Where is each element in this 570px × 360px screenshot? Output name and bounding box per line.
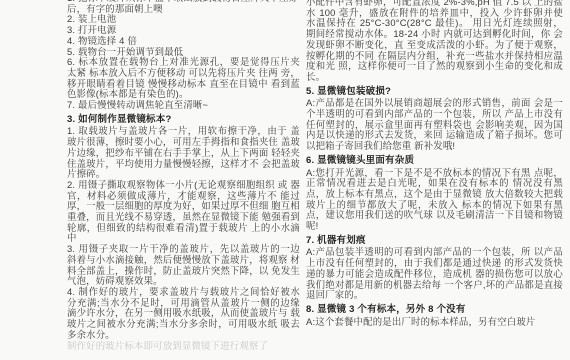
faq-heading-5: 5. 显微镜包装破损?: [306, 87, 563, 98]
specimen-paragraph-4: 4. 制作好的玻片，要求盖玻片与载玻片之间恰好被水 分充满;当水分不足时，可用滴…: [67, 287, 300, 341]
left-column: 1. 把标本玻片从标本盒中取出放到载物台压片夹下压好 后，有字的那面朝上噢 2.…: [67, 0, 300, 351]
specimen-paragraph-1: 1. 取载玻片与盖玻片各一片，用软布擦干净，由于 盖玻片很薄，擦时要小心，可用左…: [67, 126, 300, 180]
step-line-4: 4. 物镜选择 4 倍: [67, 36, 300, 47]
right-column: 小配件中含有虾卵，可配置浓度 2%-3%,pH 值 7.5 以 上的盐 水 10…: [306, 0, 563, 327]
clipped-bottom-line: 制作好的玻片标本即可放到显微镜下进行观察了: [67, 341, 300, 352]
faq-heading-7: 7. 机器有划痕: [306, 236, 563, 247]
faq-answer-6: A:您打开光源，看一下是不是不放标本的情况下有黑 点呢，正常情况看进去是白光呢，…: [306, 168, 563, 232]
step-line-7: 7. 最后慢慢转动调焦轮直至清晰~: [67, 100, 300, 111]
brine-shrimp-paragraph: 小配件中含有虾卵，可配置浓度 2%-3%,pH 值 7.5 以 上的盐 水 10…: [306, 0, 563, 83]
faq-heading-6: 6. 显微镜镜头里面有杂质: [306, 156, 563, 167]
section-heading-make-specimen: 3. 如何制作显微镜标本?: [67, 115, 300, 126]
faq-answer-5: A:产品都是在国外以展销商超展会的形式销售，前面 会是一个半透明的可看到内部产品…: [306, 98, 563, 152]
step-line-2: 2. 装上电池: [67, 14, 300, 25]
specimen-paragraph-3: 3. 用镊子夹取一片干净的盖玻片，先以盖玻片的一边 斜着与小水滴接触，然后便慢慢…: [67, 244, 300, 287]
step-line-1: 后，有字的那面朝上噢: [67, 4, 300, 15]
scanned-document-page: 1. 把标本玻片从标本盒中取出放到载物台压片夹下压好 后，有字的那面朝上噢 2.…: [0, 0, 570, 360]
faq-heading-8: 8. 显微镜 3 个有标本，另外 8 个没有: [306, 305, 563, 316]
step-paragraph-6: 6. 标本放置在载物台上对准光源孔，要是觉得压片夹 太紧 标本放入后不方便移动 …: [67, 57, 300, 100]
specimen-paragraph-2: 2. 用镊子撕取观察物体一小片(无论观察细胞组织 或 器官，材料必须做成薄片，才…: [67, 180, 300, 244]
step-line-3: 3. 打开电源: [67, 25, 300, 36]
faq-answer-8-clipped: A:这个套餐中配的是出厂时的标本样品，另有空白玻片: [306, 317, 563, 328]
faq-answer-7: A:产品包装半透明的可看到内部产品的一个包装，所 以产品上市没有任何塑封的，由于…: [306, 247, 563, 301]
